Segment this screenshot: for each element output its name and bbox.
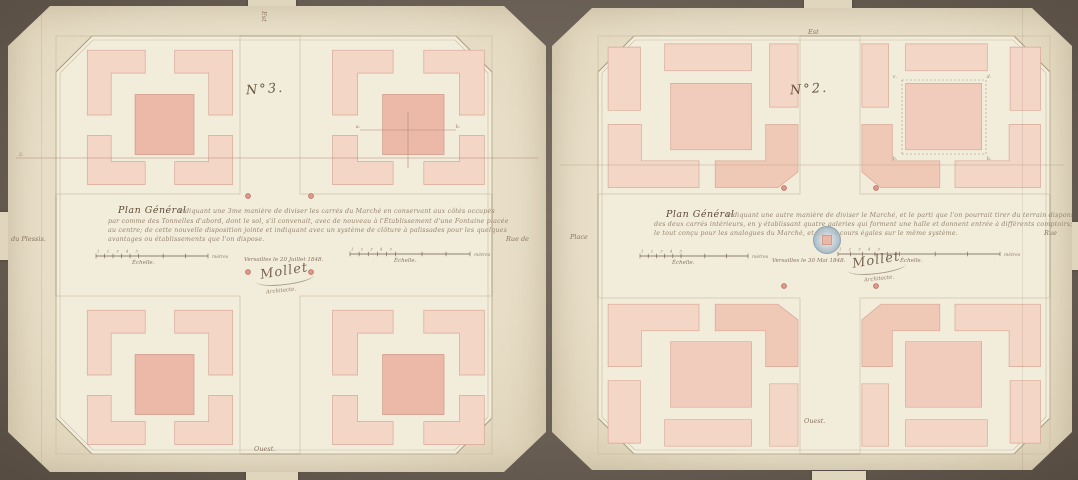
- edge-label-west: Ouest.: [254, 445, 275, 453]
- crease-line: [1022, 8, 1023, 470]
- scale-bar-numbers: 1 2 3 4 5: [641, 249, 685, 254]
- measure-letter: c.: [893, 74, 898, 80]
- edge-label-east: Est: [260, 11, 268, 22]
- measure-letter: d.: [987, 74, 992, 80]
- corner-dot: [246, 194, 251, 199]
- plan-description-line: des deux carrés intérieurs, en y établis…: [654, 221, 1073, 228]
- building-block: [671, 83, 752, 149]
- paper-tab-bottom-left-sheet: [246, 471, 298, 480]
- building-block: [1010, 381, 1040, 443]
- scale-bar-numbers: 1 2 3 4 5: [97, 249, 141, 254]
- building-block: [906, 342, 982, 408]
- corner-dot: [309, 194, 314, 199]
- scale-bar-numbers: 1 2 3 4 5: [839, 247, 883, 252]
- building-block: [665, 420, 752, 447]
- date-line: Versailles le 20 Juillet 1848.: [244, 257, 323, 263]
- edge-label-left-street: du Plessis.: [11, 235, 46, 243]
- corner-dot: [246, 270, 251, 275]
- building-block: [383, 355, 444, 415]
- building-block: [906, 83, 982, 149]
- corner-dot: [782, 284, 787, 289]
- plan-title: Plan Général: [666, 209, 734, 220]
- scale-bar-unit: mètres: [212, 253, 229, 260]
- building-block: [665, 44, 752, 71]
- measure-letter: b.: [456, 124, 461, 130]
- building-block: [862, 384, 889, 446]
- plan-description-line: avantages ou établissements que l'on dis…: [108, 236, 265, 243]
- building-block: [135, 355, 194, 415]
- scale-bar-unit: mètres: [752, 253, 769, 260]
- plan-number: N°3.: [246, 81, 285, 99]
- scale-bar-unit: mètres: [474, 251, 491, 258]
- building-block: [906, 420, 988, 447]
- plan-description-line: le tout conçu pour les analogues du Marc…: [654, 230, 958, 237]
- building-block: [906, 44, 988, 71]
- edge-label-east: Est: [808, 28, 819, 36]
- stamp-center-square: [822, 235, 832, 245]
- scale-bar-unit: mètres: [1004, 251, 1021, 258]
- measure-letter: 3.: [19, 152, 24, 158]
- sheet-plan-2: 1 2 3 4 5mètres1 2 3 4 5mètresc.d.b.b. N…: [552, 8, 1072, 470]
- plan-description-line: Indiquant une 3me manière de diviser les…: [178, 208, 495, 215]
- measure-letter: b.: [893, 156, 898, 162]
- building-block: [383, 95, 444, 155]
- building-block: [608, 47, 640, 110]
- plan-number: N°2.: [790, 81, 829, 99]
- edge-label-left-street: Place: [570, 233, 588, 241]
- sheet-plan-3: 1 2 3 4 5mètres1 2 3 4 5mètres3.a.b. N°3…: [8, 6, 546, 472]
- edge-label-right-street: Rue de: [506, 235, 529, 243]
- plan-title: Plan Général: [118, 205, 186, 216]
- corner-dot: [874, 284, 879, 289]
- building-block: [608, 381, 640, 443]
- building-block: [862, 44, 889, 107]
- measure-letter: b.: [987, 156, 992, 162]
- building-block: [671, 342, 752, 408]
- measure-letter: a.: [356, 124, 361, 130]
- paper-tab-bottom-right-sheet: [812, 471, 866, 480]
- plan-description-line: par comme des Tonnelles d'abord, dont le…: [108, 218, 509, 225]
- plan-drawing-2: 1 2 3 4 5mètres1 2 3 4 5mètresc.d.b.b.: [552, 8, 1072, 470]
- scale-bar-numbers: 1 2 3 4 5: [351, 247, 395, 252]
- archive-stamp: [813, 226, 841, 254]
- plan-description-line: au centre; de cette nouvelle disposition…: [108, 227, 507, 234]
- plan-drawing-3: 1 2 3 4 5mètres1 2 3 4 5mètres3.a.b.: [8, 6, 546, 472]
- scale-label: Échelle.: [672, 260, 694, 266]
- building-block: [135, 95, 194, 155]
- edge-label-right-street: Rue: [1044, 229, 1057, 237]
- scanned-plan-document: 1 2 3 4 5mètres1 2 3 4 5mètres3.a.b. N°3…: [0, 0, 1078, 480]
- corner-dot: [782, 186, 787, 191]
- plan-description-line: Indiquant une autre manière de diviser l…: [726, 212, 1078, 219]
- building-block: [770, 384, 798, 446]
- scale-label: Échelle.: [132, 260, 154, 266]
- scale-label: Échelle.: [394, 258, 416, 264]
- building-block: [1010, 47, 1040, 110]
- date-line: Versailles le 30 Mai 1848.: [772, 258, 845, 264]
- edge-label-west: Ouest.: [804, 417, 825, 425]
- corner-dot: [874, 186, 879, 191]
